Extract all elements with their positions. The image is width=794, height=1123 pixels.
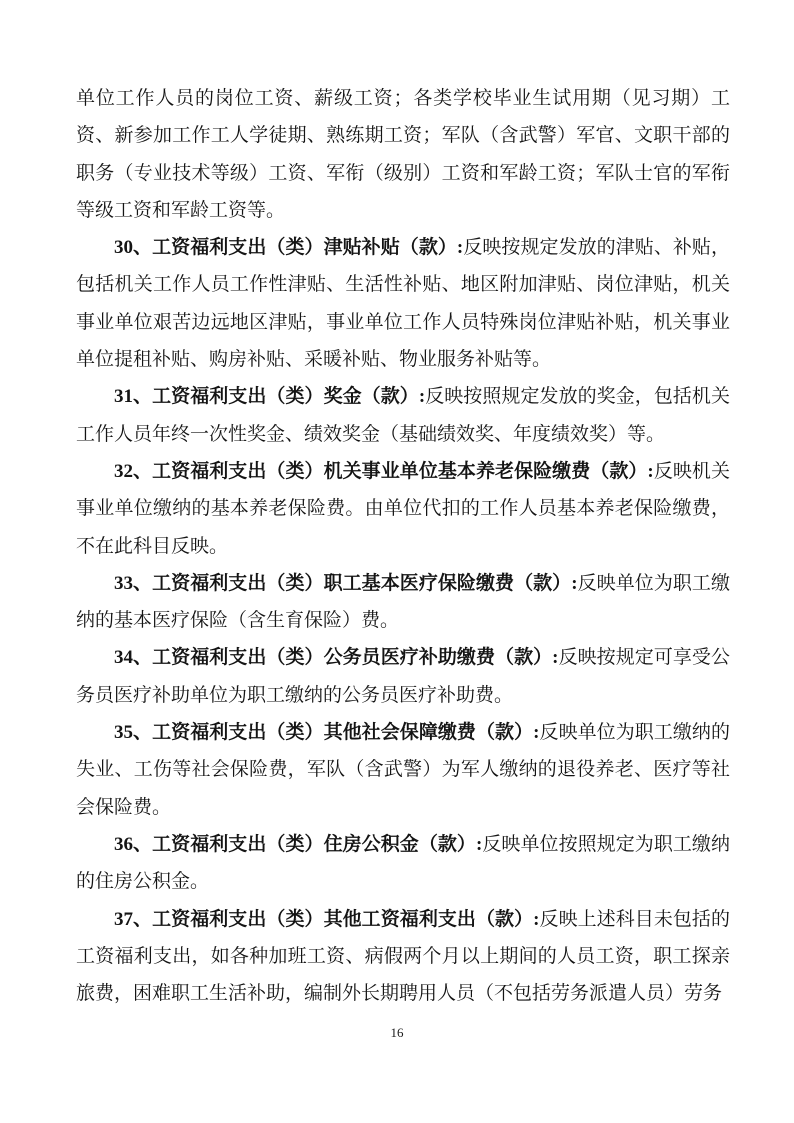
paragraph-heading: 30、工资福利支出（类）津贴补贴（款）: xyxy=(114,237,463,258)
paragraph-heading: 35、工资福利支出（类）其他社会保障缴费（款）: xyxy=(114,722,539,743)
paragraph: 33、工资福利支出（类）职工基本医疗保险缴费（款）:反映单位为职工缴纳的基本医疗… xyxy=(76,565,730,640)
paragraph: 31、工资福利支出（类）奖金（款）:反映按照规定发放的奖金，包括机关工作人员年终… xyxy=(76,378,730,453)
paragraph-heading: 36、工资福利支出（类）住房公积金（款）: xyxy=(114,834,482,855)
paragraph-heading: 32、工资福利支出（类）机关事业单位基本养老保险缴费（款）: xyxy=(114,461,654,482)
paragraph: 35、工资福利支出（类）其他社会保障缴费（款）:反映单位为职工缴纳的失业、工伤等… xyxy=(76,714,730,826)
paragraph-heading: 31、工资福利支出（类）奖金（款）: xyxy=(114,386,425,407)
paragraph: 37、工资福利支出（类）其他工资福利支出（款）:反映上述科目未包括的工资福利支出… xyxy=(76,901,730,1013)
paragraph: 34、工资福利支出（类）公务员医疗补助缴费（款）:反映按规定可享受公务员医疗补助… xyxy=(76,639,730,714)
paragraph-heading: 34、工资福利支出（类）公务员医疗补助缴费（款）: xyxy=(114,647,559,668)
paragraph: 30、工资福利支出（类）津贴补贴（款）:反映按规定发放的津贴、补贴，包括机关工作… xyxy=(76,229,730,378)
paragraph-heading: 33、工资福利支出（类）职工基本医疗保险缴费（款）: xyxy=(114,573,578,594)
page-number: 16 xyxy=(391,1025,404,1040)
page-footer: 16 xyxy=(0,1024,794,1042)
paragraph-text: 单位工作人员的岗位工资、薪级工资；各类学校毕业生试用期（见习期）工资、新参加工作… xyxy=(76,88,730,221)
paragraph: 32、工资福利支出（类）机关事业单位基本养老保险缴费（款）:反映机关事业单位缴纳… xyxy=(76,453,730,565)
paragraph: 36、工资福利支出（类）住房公积金（款）:反映单位按照规定为职工缴纳的住房公积金… xyxy=(76,826,730,901)
paragraph: 单位工作人员的岗位工资、薪级工资；各类学校毕业生试用期（见习期）工资、新参加工作… xyxy=(76,80,730,229)
paragraph-heading: 37、工资福利支出（类）其他工资福利支出（款）: xyxy=(114,909,539,930)
document-body: 单位工作人员的岗位工资、薪级工资；各类学校毕业生试用期（见习期）工资、新参加工作… xyxy=(76,80,730,1012)
document-page: 单位工作人员的岗位工资、薪级工资；各类学校毕业生试用期（见习期）工资、新参加工作… xyxy=(0,0,794,1123)
